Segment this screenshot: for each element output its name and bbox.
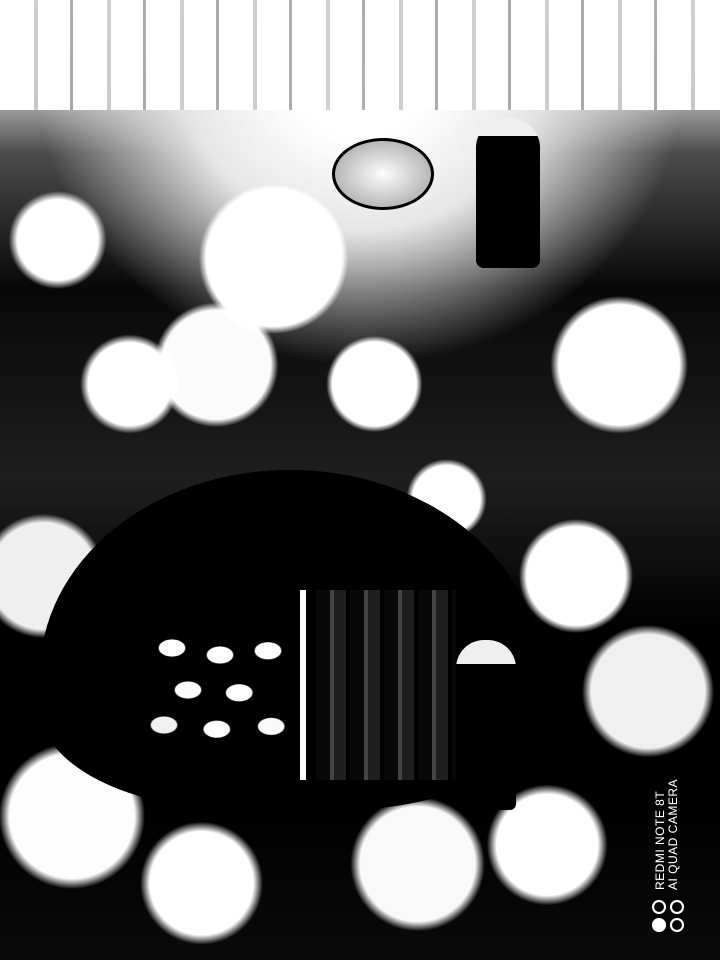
door-post — [300, 590, 306, 780]
standing-figure-top — [476, 118, 540, 268]
wooden-door — [316, 590, 456, 780]
photograph: REDMI NOTE 8T AI QUAD CAMERA — [0, 0, 720, 960]
oval-plaque — [332, 138, 434, 210]
camera-watermark: REDMI NOTE 8T AI QUAD CAMERA — [646, 740, 706, 940]
watermark-camera: AI QUAD CAMERA — [667, 690, 680, 890]
stone-wall — [140, 620, 300, 760]
quad-camera-logo-icon — [650, 898, 690, 938]
standing-figure-cave — [456, 640, 516, 810]
